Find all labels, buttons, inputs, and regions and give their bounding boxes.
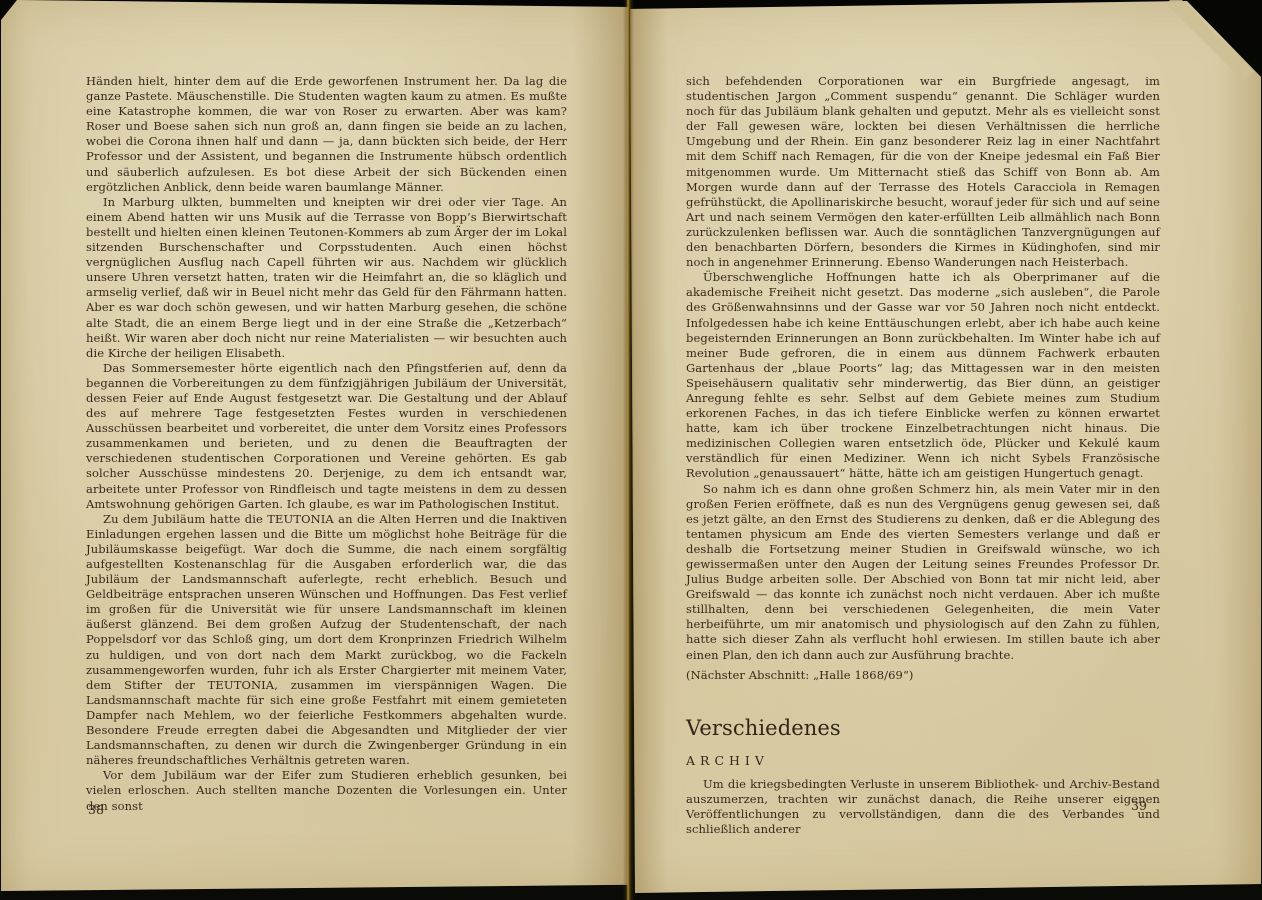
- book-spread-scan: Händen hielt, hinter dem auf die Erde ge…: [0, 0, 1262, 900]
- paragraph: Das Sommersemester hörte eigentlich nach…: [86, 361, 567, 512]
- book-gutter: [623, 0, 634, 900]
- paragraph: Vor dem Jubiläum war der Eifer zum Studi…: [86, 768, 567, 813]
- paragraph: sich befehdenden Corporationen war ein B…: [686, 74, 1160, 270]
- paragraph: In Marburg ulkten, bummelten und kneipte…: [86, 195, 567, 361]
- paragraph: Händen hielt, hinter dem auf die Erde ge…: [86, 74, 567, 195]
- paragraph: Überschwengliche Hoffnungen hatte ich al…: [686, 270, 1160, 481]
- paragraph: Um die kriegsbedingten Verluste in unser…: [686, 777, 1160, 837]
- section-heading: Verschiedenes: [686, 716, 1160, 740]
- page-number-right: 39: [1131, 798, 1147, 813]
- left-page-text: Händen hielt, hinter dem auf die Erde ge…: [86, 74, 567, 814]
- next-section-note: (Nächster Abschnitt: „Halle 1868/69“): [686, 668, 1160, 683]
- subsection-heading: ARCHIV: [686, 753, 1160, 768]
- page-number-left: 38: [88, 802, 104, 817]
- paragraph: So nahm ich es dann ohne großen Schmerz …: [686, 482, 1160, 663]
- right-page-text: sich befehdenden Corporationen war ein B…: [686, 74, 1160, 837]
- paragraph: Zu dem Jubiläum hatte die TEUTONIA an di…: [86, 512, 567, 769]
